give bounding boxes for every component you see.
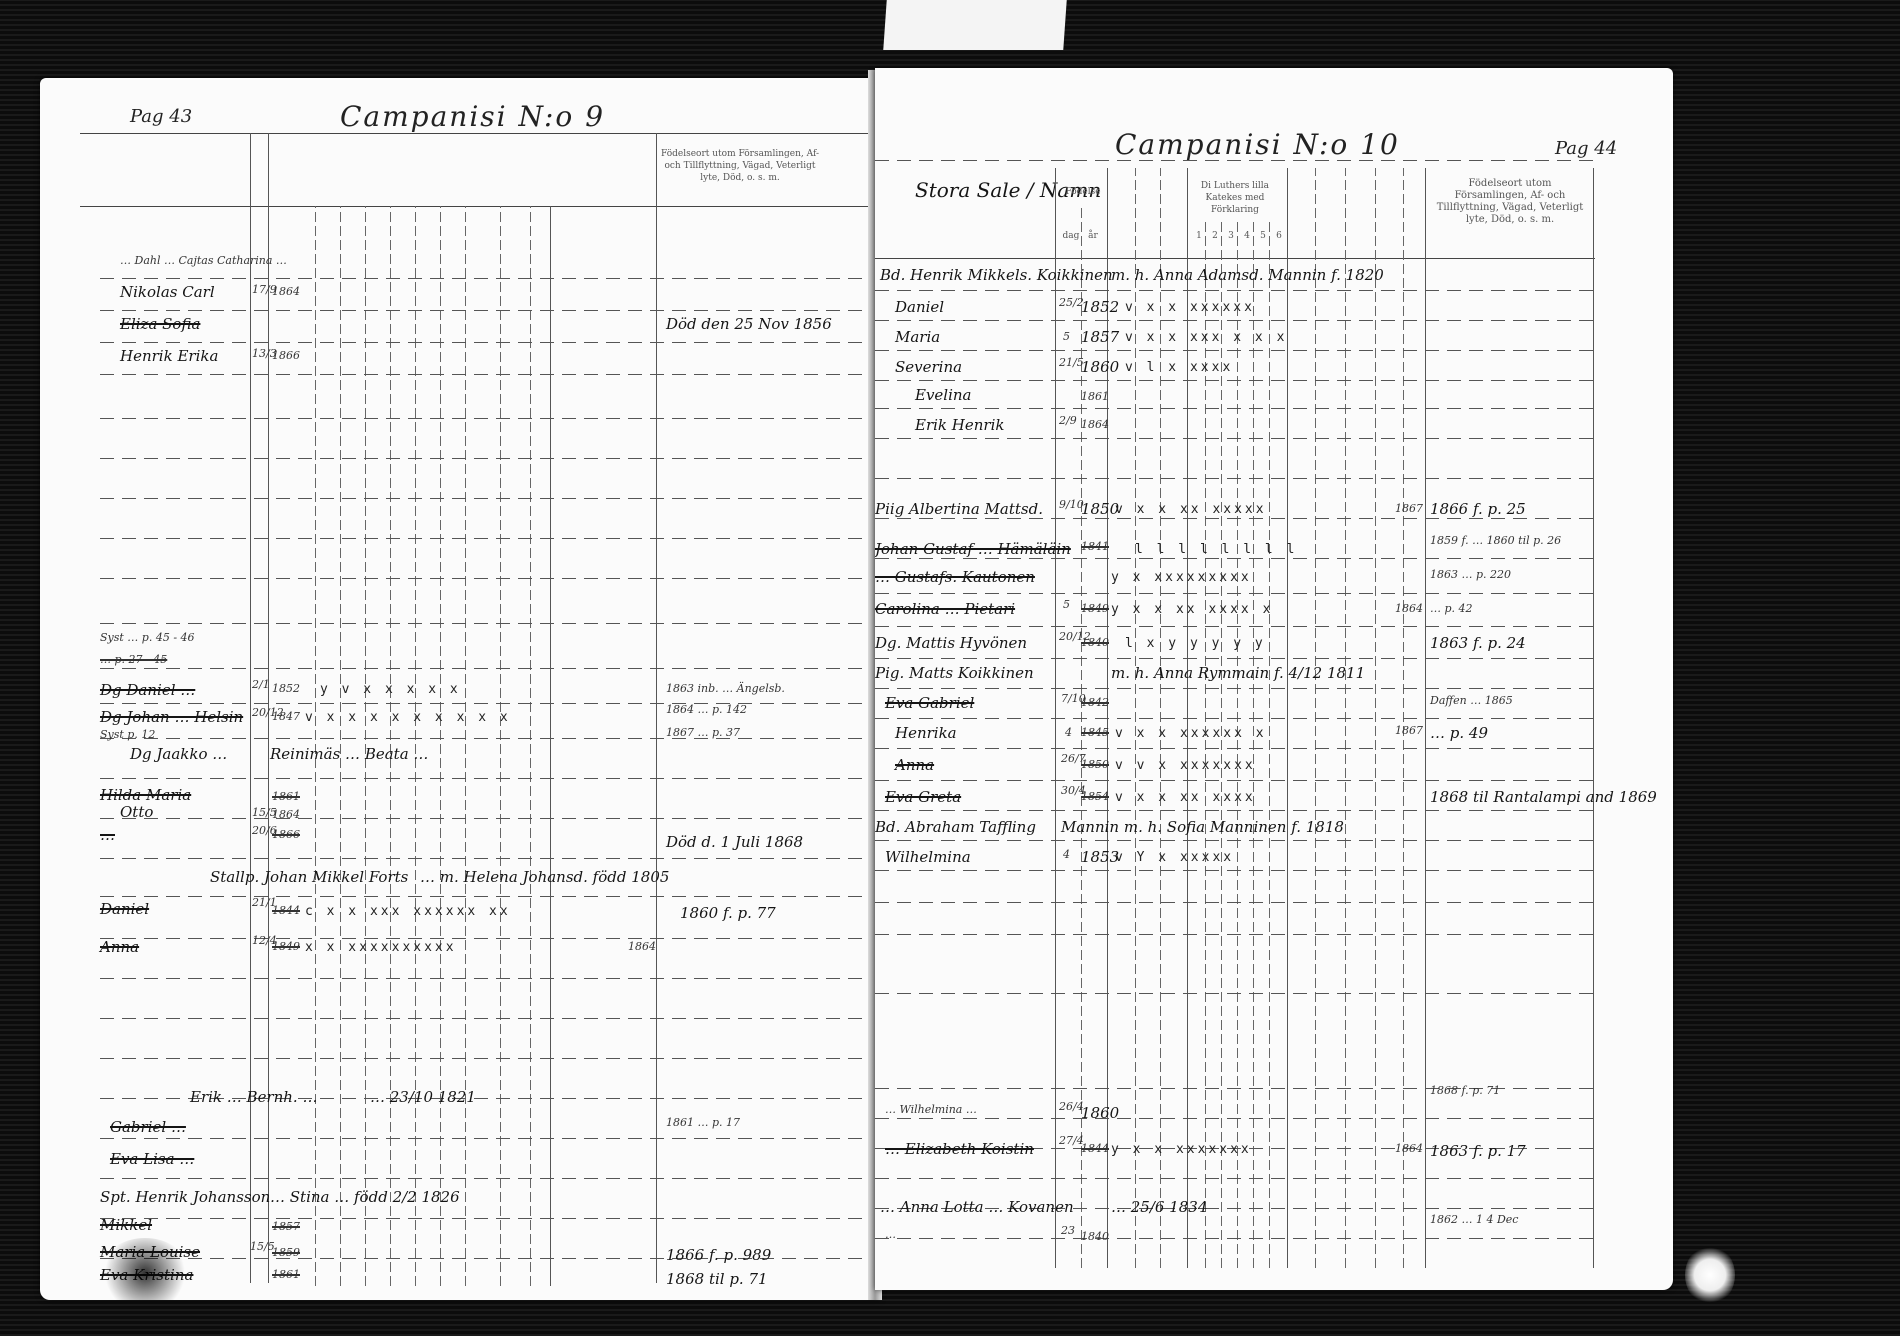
row-rule: [875, 870, 1595, 871]
entry-name: Henrik Erika: [120, 347, 218, 365]
entry-name: Dg Johan … Helsin: [100, 708, 243, 726]
row-rule: [100, 458, 880, 459]
row-rule: [875, 380, 1595, 381]
birth-year-header: år: [1083, 230, 1103, 242]
entry-note: … 25/6 1834: [1111, 1198, 1207, 1216]
entry-name: Bd. Henrik Mikkels. Koikkinen: [880, 266, 1113, 284]
left-page: Pag 43 Campanisi N:o 9 Födelseort utom F…: [40, 78, 880, 1300]
left-page-title: Campanisi N:o 9: [340, 100, 605, 133]
entry-year: 1860: [1081, 358, 1119, 376]
entry-year: 1864: [272, 808, 300, 821]
catechism-col-1: 1: [1193, 230, 1205, 242]
entry-name: Johan Gustaf … Hämäläin: [875, 540, 1071, 558]
entry-name: Carolina … Pietari: [875, 600, 1015, 618]
right-page-title: Campanisi N:o 10: [1115, 128, 1400, 161]
entry-note: … 23/10 1821: [370, 1088, 476, 1106]
left-page-number: Pag 43: [130, 106, 192, 127]
entry-day: 4: [1065, 726, 1072, 739]
row-rule: [100, 703, 880, 704]
entry-name: Henrika: [895, 724, 957, 742]
entry-name: Mikkel: [100, 1216, 152, 1234]
row-rule: [875, 840, 1595, 841]
row-rule: [875, 993, 1595, 994]
entry-year: 1854: [1081, 790, 1109, 803]
row-rule: [100, 1218, 880, 1219]
catechism-marks: v x x x x x x x x x: [305, 710, 511, 725]
entry-year: 1861: [272, 790, 300, 803]
entry-note: … p. 49: [1430, 724, 1488, 742]
entry-name: Anna: [100, 938, 139, 956]
catechism-marks: v v x xxxxxxx: [1115, 758, 1256, 773]
catechism-col-5: 5: [1257, 230, 1269, 242]
header-rule: [80, 206, 880, 207]
row-rule: [100, 1178, 880, 1179]
catechism-col-4: 4: [1241, 230, 1253, 242]
catechism-marks: l x y y y y y: [1125, 636, 1266, 651]
entry-note: 1866 f. p. 25: [1430, 500, 1526, 518]
book-tab: [883, 0, 1066, 50]
entry-note: 1863 inb. … Ängelsb.: [666, 682, 785, 695]
row-rule: [100, 374, 880, 375]
catechism-col-6: 6: [1273, 230, 1285, 242]
catechism-marks: v x x xx xxxx: [1115, 790, 1256, 805]
column-divider: [465, 206, 466, 1286]
row-rule: [875, 408, 1595, 409]
row-rule: [875, 290, 1595, 291]
row-rule: [100, 938, 880, 939]
entry-year: 1866: [272, 828, 300, 841]
row-rule: [875, 1238, 1595, 1239]
row-rule: [100, 278, 880, 279]
row-rule: [100, 623, 880, 624]
row-rule: [100, 978, 880, 979]
entry-name: … Gustafs. Kautonen: [875, 568, 1035, 586]
left-remarks-header: Födelseort utom Församlingen, Af- och Ti…: [660, 148, 820, 184]
row-rule: [875, 658, 1595, 659]
row-rule: [100, 498, 880, 499]
row-rule: [100, 1138, 880, 1139]
catechism-marks: c x x xxx xxxxxx xx: [305, 904, 511, 919]
catechism-marks: l l l l l l l l: [1135, 542, 1297, 557]
entry-note: Syst … p. 45 - 46: [100, 631, 195, 644]
entry-year: 1861: [272, 1268, 300, 1281]
entry-name: Piig Albertina Mattsd.: [875, 500, 1043, 518]
birth-column-header: Födelse: [1063, 186, 1103, 198]
entry-extra: 1864: [1395, 1142, 1423, 1155]
entry-day: 25/2: [1059, 296, 1084, 309]
entry-note: Reinimäs … Beata …: [270, 745, 428, 763]
entry-note: 1863 f. p. 17: [1430, 1142, 1526, 1160]
row-rule: [100, 858, 880, 859]
row-rule: [875, 688, 1595, 689]
row-rule: [100, 578, 880, 579]
entry-name: … Wilhelmina …: [885, 1103, 977, 1116]
entry-extra: 1864: [1395, 602, 1423, 615]
entry-name: … Anna Lotta … Kovanen: [880, 1198, 1074, 1216]
entry-note: m. h. Anna Adamsd. Mannin f. 1820: [1111, 266, 1384, 284]
entry-name: Maria: [895, 328, 940, 346]
entry-name: Dg. Mattis Hyvönen: [875, 634, 1027, 652]
column-divider: [1205, 218, 1206, 1268]
entry-note: Död den 25 Nov 1856: [666, 315, 832, 333]
entry-note: 1866 f. p. 989: [666, 1246, 771, 1264]
row-rule: [100, 1018, 880, 1019]
entry-day: 21/5: [1059, 356, 1084, 369]
catechism-marks: y x xxxxxxxxx: [1111, 570, 1252, 585]
entry-note: … p. 42: [1430, 602, 1473, 615]
column-divider: [440, 206, 441, 1286]
entry-day: 2/9: [1059, 414, 1077, 427]
entry-note: … p. 27 - 45: [100, 653, 167, 666]
row-rule: [100, 418, 880, 419]
entry-day: 26/4: [1059, 1100, 1084, 1113]
ink-smudge: [100, 1238, 190, 1300]
entry-note: Syst p. 12: [100, 728, 155, 741]
entry-note: 1862 … 1 4 Dec: [1430, 1213, 1518, 1226]
entry-name: Eva Lisa …: [110, 1150, 194, 1168]
entry-year: 1849: [1081, 602, 1109, 615]
column-divider: [250, 133, 251, 1283]
entry-name: Daniel: [100, 900, 149, 918]
entry-year: 1841: [1081, 540, 1109, 553]
entry-day: 5: [1063, 598, 1070, 611]
entry-year: 1859: [272, 1246, 300, 1259]
entry-note: Mannin m. h. Sofia Manninen f. 1818: [1061, 818, 1344, 836]
entry-name: … Dahl … Cajtas Catharina …: [120, 254, 287, 267]
column-divider: [1221, 218, 1222, 1268]
entry-note: 1864 … p. 142: [666, 703, 747, 716]
catechism-marks: v x x xxxxxx: [1125, 300, 1255, 315]
row-rule: [875, 780, 1595, 781]
row-rule: [100, 738, 880, 739]
row-rule: [875, 350, 1595, 351]
entry-name: Evelina: [915, 386, 972, 404]
entry-name: Wilhelmina: [885, 848, 971, 866]
entry-note: 1868 til Rantalampi and 1869: [1430, 788, 1657, 806]
entry-year: 1860: [1081, 1104, 1119, 1122]
right-page-number: Pag 44: [1555, 138, 1617, 159]
birth-day-header: dag: [1061, 230, 1081, 242]
entry-name: Anna: [895, 756, 934, 774]
entry-name: Bd. Abraham Taffling: [875, 818, 1036, 836]
entry-note: Död d. 1 Juli 1868: [666, 833, 803, 851]
entry-day: 23: [1061, 1224, 1075, 1237]
entry-year: 1861: [1081, 390, 1109, 403]
entry-name: Dg Daniel …: [100, 681, 195, 699]
entry-year: 1852: [1081, 298, 1119, 316]
header-rule: [80, 133, 880, 134]
catechism-marks: y x x xx xxxx x: [1111, 602, 1273, 617]
row-rule: [875, 626, 1595, 627]
entry-year: 1844: [1081, 1142, 1109, 1155]
entry-year: 1847: [272, 710, 300, 723]
entry-year: 1853: [1081, 848, 1119, 866]
catechism-column-header: Di Luthers lilla Katekes med Förklaring: [1185, 180, 1285, 216]
entry-name: … Elizabeth Koistin: [885, 1140, 1034, 1158]
row-rule: [875, 718, 1595, 719]
entry-name: Eva Greta: [885, 788, 961, 806]
row-rule: [875, 593, 1595, 594]
entry-note: 1867 … p. 37: [666, 726, 740, 739]
column-divider: [1269, 218, 1270, 1268]
catechism-marks: v Y x xxxxx: [1115, 850, 1234, 865]
entry-day: 9/10: [1059, 498, 1084, 511]
entry-extra: 1867: [1395, 502, 1423, 515]
right-page: Campanisi N:o 10 Pag 44 Stora Sale / Nam…: [875, 68, 1673, 1290]
entry-note: … Stina … född 2/2 1826: [270, 1188, 460, 1206]
entry-name: Nikolas Carl: [120, 283, 215, 301]
entry-name: Dg Jaakko …: [130, 745, 227, 763]
remarks-column-header: Födelseort utom Församlingen, Af- och Ti…: [1435, 178, 1585, 226]
entry-note: 1859 f. … 1860 til p. 26: [1430, 534, 1561, 547]
catechism-marks: v x x xxx x x x: [1125, 330, 1287, 345]
entry-name: Gabriel …: [110, 1118, 186, 1136]
row-rule: [875, 902, 1595, 903]
entry-name: …: [100, 826, 115, 844]
entry-name: Erik Henrik: [915, 416, 1004, 434]
row-rule: [100, 1058, 880, 1059]
entry-day: 5: [1063, 330, 1070, 343]
row-rule: [100, 818, 880, 819]
entry-note: 1868 til p. 71: [666, 1270, 768, 1288]
row-rule: [875, 1118, 1595, 1119]
entry-year: 1840: [1081, 636, 1109, 649]
entry-name: Hilda Maria: [100, 786, 191, 804]
header-rule: [875, 258, 1595, 259]
catechism-marks: v l x xxxx: [1125, 360, 1233, 375]
entry-note: Daffen … 1865: [1430, 694, 1513, 707]
entry-day: 27/4: [1059, 1134, 1084, 1147]
entry-year: 1866: [272, 349, 300, 362]
entry-note: 1868 f. p. 71: [1430, 1084, 1500, 1097]
row-rule: [100, 342, 880, 343]
entry-name: Daniel: [895, 298, 944, 316]
entry-year: 1864: [1081, 418, 1109, 431]
entry-year: 1842: [1081, 696, 1109, 709]
entry-year: 1840: [1081, 1230, 1109, 1243]
row-rule: [875, 934, 1595, 935]
header-rule: [875, 160, 1595, 161]
row-rule: [100, 668, 880, 669]
row-rule: [875, 810, 1595, 811]
entry-day: 2/1: [252, 678, 270, 691]
row-rule: [875, 438, 1595, 439]
entry-note: … m. Helena Johansd. född 1805: [420, 868, 669, 886]
column-divider: [1253, 218, 1254, 1268]
entry-name: Severina: [895, 358, 962, 376]
entry-note: m. h. Anna Rymmain f. 4/12 1811: [1111, 664, 1365, 682]
entry-name: Eva Gabriel: [885, 694, 974, 712]
entry-year: 1857: [1081, 328, 1119, 346]
entry-day: 4: [1063, 848, 1070, 861]
row-rule: [875, 1178, 1595, 1179]
entry-year: 1850: [1081, 758, 1109, 771]
catechism-marks: v x x xxxxxx x: [1115, 726, 1267, 741]
entry-extra: 1864: [628, 940, 656, 953]
entry-extra: 1867: [1395, 724, 1423, 737]
catechism-marks: y v x x x x x: [320, 682, 461, 697]
entry-year: 1852: [272, 682, 300, 695]
entry-year: 1845: [1081, 726, 1109, 739]
catechism-col-3: 3: [1225, 230, 1237, 242]
entry-name: …: [885, 1228, 896, 1241]
column-divider: [530, 206, 531, 1286]
entry-note: 1861 … p. 17: [666, 1116, 740, 1129]
row-rule: [875, 478, 1595, 479]
row-rule: [875, 320, 1595, 321]
row-rule: [875, 748, 1595, 749]
catechism-marks: x x xxxxxxxxxx: [305, 940, 457, 955]
entry-note: 1860 f. p. 77: [680, 904, 776, 922]
entry-year: 1849: [272, 940, 300, 953]
column-divider: [656, 133, 657, 1283]
row-rule: [100, 778, 880, 779]
row-rule: [100, 538, 880, 539]
row-rule: [100, 896, 880, 897]
entry-note: 1863 … p. 220: [1430, 568, 1511, 581]
entry-name: Otto: [120, 803, 153, 821]
entry-name: Erik … Bernh. …: [190, 1088, 317, 1106]
column-divider: [550, 206, 551, 1286]
entry-year: 1857: [272, 1220, 300, 1233]
entry-year: 1850: [1081, 500, 1119, 518]
entry-day: 15/5: [250, 1240, 275, 1253]
catechism-col-2: 2: [1209, 230, 1221, 242]
column-divider: [1237, 218, 1238, 1268]
catechism-marks: v x x xx xxxxx: [1115, 502, 1267, 517]
catechism-marks: y x x xxxxxxx: [1111, 1142, 1252, 1157]
entry-name: Eliza Sofia: [120, 315, 200, 333]
entry-name: Stallp. Johan Mikkel Forts: [210, 868, 408, 886]
entry-name: Pig. Matts Koikkinen: [875, 664, 1034, 682]
entry-name: Spt. Henrik Johansson: [100, 1188, 270, 1206]
row-rule: [875, 518, 1595, 519]
row-rule: [100, 310, 880, 311]
light-flare: [1685, 1245, 1735, 1305]
entry-note: 1863 f. p. 24: [1430, 634, 1526, 652]
row-rule: [875, 558, 1595, 559]
entry-year: 1864: [272, 285, 300, 298]
column-divider: [500, 206, 501, 1286]
entry-year: 1844: [272, 904, 300, 917]
